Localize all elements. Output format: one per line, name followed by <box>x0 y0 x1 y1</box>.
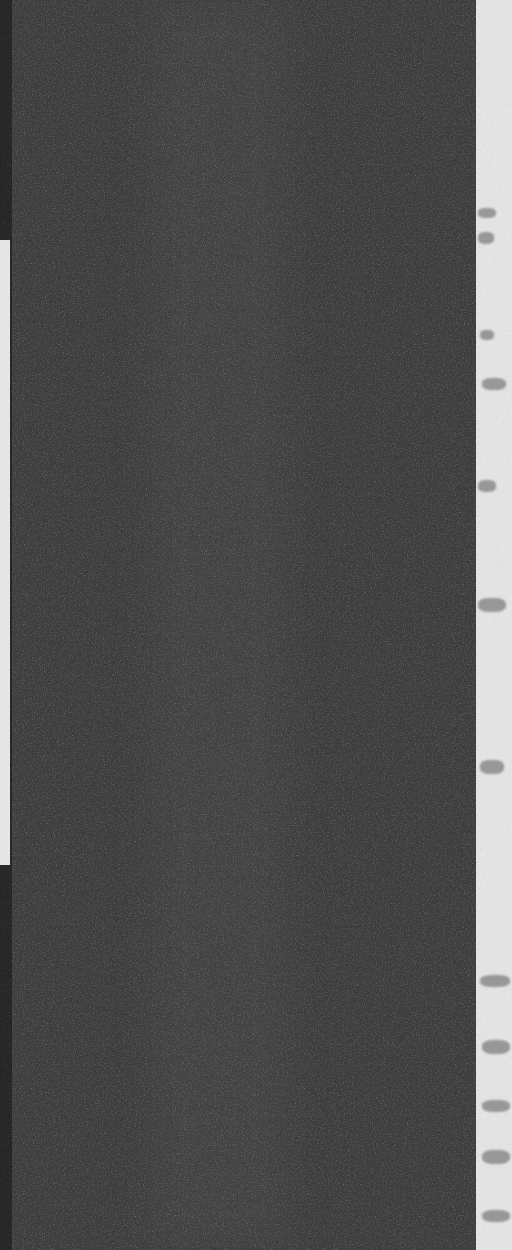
edge-smudge <box>480 975 510 987</box>
edge-smudge <box>480 330 494 340</box>
edge-smudge <box>478 208 496 218</box>
edge-strip-grain <box>476 0 512 1250</box>
edge-smudge <box>478 598 506 612</box>
road-photo <box>0 0 512 1250</box>
edge-smudge <box>482 378 506 390</box>
edge-smudge <box>478 232 494 244</box>
edge-smudge <box>482 1210 510 1222</box>
edge-smudge <box>482 1100 510 1112</box>
lane-marking <box>0 240 10 865</box>
edge-smudge <box>478 480 496 492</box>
edge-smudge <box>480 760 504 774</box>
asphalt-grain <box>0 0 512 1250</box>
edge-smudge <box>482 1040 510 1054</box>
edge-smudge <box>482 1150 510 1164</box>
